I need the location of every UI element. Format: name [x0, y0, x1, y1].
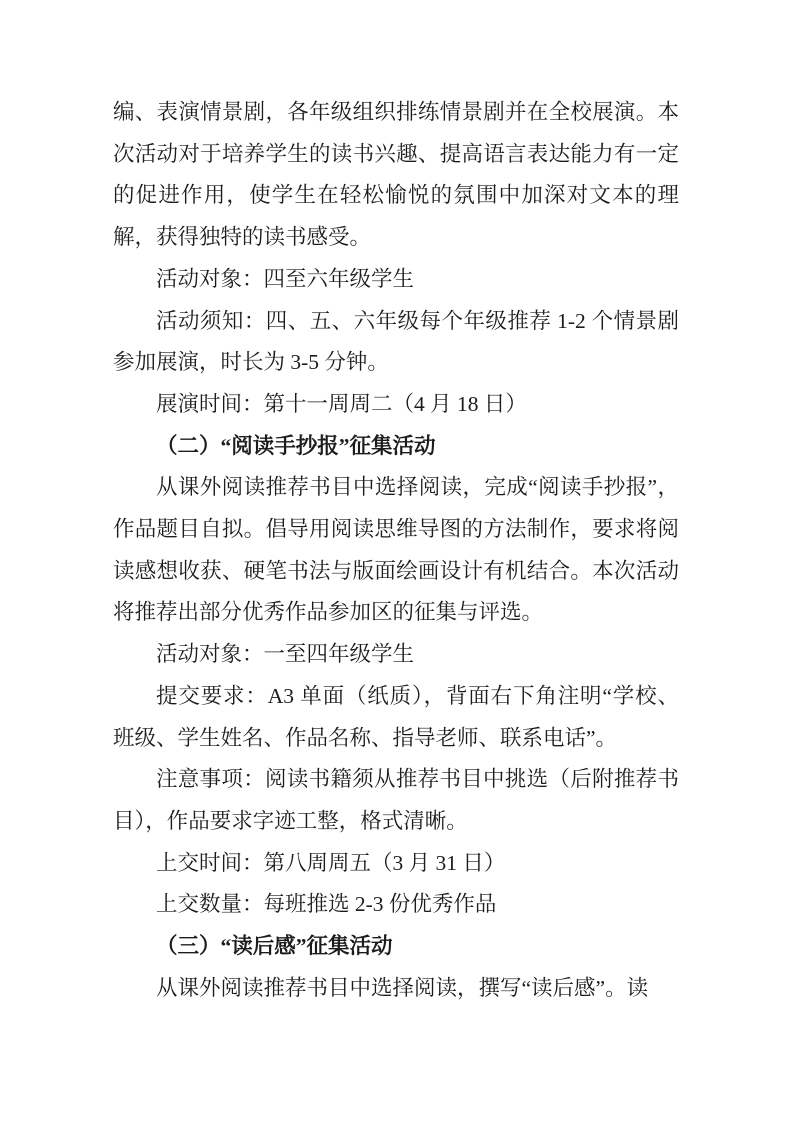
- paragraph-activity-target-1: 活动对象：四至六年级学生: [113, 259, 679, 301]
- paragraph-handcopy-intro: 从课外阅读推荐书目中选择阅读，完成“阅读手抄报”，作品题目自拟。倡导用阅读思维导…: [113, 467, 679, 634]
- paragraph-activity-notes: 活动须知：四、五、六年级每个年级推荐 1-2 个情景剧参加展演，时长为 3-5 …: [113, 301, 679, 384]
- section-heading-2: （二）“阅读手抄报”征集活动: [113, 426, 679, 468]
- paragraph-submission-requirements: 提交要求：A3 单面（纸质），背面右下角注明“学校、班级、学生姓名、作品名称、指…: [113, 676, 679, 759]
- section-heading-3: （三）“读后感”征集活动: [113, 926, 679, 968]
- paragraph-review-intro: 从课外阅读推荐书目中选择阅读，撰写“读后感”。读: [113, 968, 679, 1010]
- paragraph-attention-items: 注意事项：阅读书籍须从推荐书目中挑选（后附推荐书目），作品要求字迹工整，格式清晰…: [113, 759, 679, 842]
- paragraph-continuation: 编、表演情景剧，各年级组织排练情景剧并在全校展演。本次活动对于培养学生的读书兴趣…: [113, 92, 679, 259]
- paragraph-submit-quantity: 上交数量：每班推选 2-3 份优秀作品: [113, 884, 679, 926]
- page-body-text: 编、表演情景剧，各年级组织排练情景剧并在全校展演。本次活动对于培养学生的读书兴趣…: [113, 92, 679, 1009]
- paragraph-show-time: 展演时间：第十一周周二（4 月 18 日）: [113, 384, 679, 426]
- paragraph-submit-time: 上交时间：第八周周五（3 月 31 日）: [113, 843, 679, 885]
- document-page: 编、表演情景剧，各年级组织排练情景剧并在全校展演。本次活动对于培养学生的读书兴趣…: [0, 0, 793, 1122]
- paragraph-activity-target-2: 活动对象：一至四年级学生: [113, 634, 679, 676]
